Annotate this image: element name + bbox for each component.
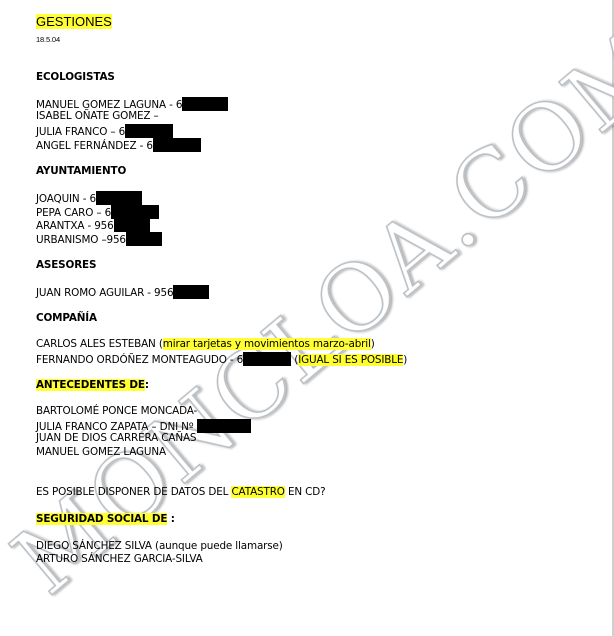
list-item: DIEGO SÁNCHEZ SILVA (aunque puede llamar…	[36, 540, 283, 553]
list-item: FERNANDO ORDÓÑEZ MONTEAGUDO - 6 (IGUAL S…	[36, 352, 407, 367]
list-item: MANUEL GOMEZ LAGUNA	[36, 446, 166, 459]
list-item: JUAN DE DIOS CARRERA CAÑAS	[36, 432, 196, 445]
section-heading-antecedentes: ANTECEDENTES DE:	[36, 379, 149, 392]
redaction-box	[114, 218, 150, 232]
document-title: GESTIONES	[36, 14, 112, 29]
list-item: ARTURO SÁNCHEZ GARCIA-SILVA	[36, 553, 203, 566]
list-item: JOAQUIN - 6	[36, 191, 142, 206]
redaction-box	[125, 124, 173, 138]
section-heading-asesores: ASESORES	[36, 259, 96, 272]
redaction-box	[182, 97, 228, 111]
document-date: 18.5.04	[36, 35, 60, 44]
list-item: BARTOLOMÉ PONCE MONCADA-	[36, 405, 197, 418]
document-page: MONCLOA.COM GESTIONES 18.5.04 ECOLOGISTA…	[0, 0, 614, 636]
list-item: ANGEL FERNÁNDEZ - 6	[36, 138, 201, 153]
highlighted-note: mirar tarjetas y movimientos marzo-abril	[163, 338, 371, 350]
redaction-box	[153, 138, 201, 152]
section-heading-seguridad-social: SEGURIDAD SOCIAL DE :	[36, 513, 175, 526]
list-item: URBANISMO –956	[36, 232, 162, 247]
list-item: JUAN ROMO AGUILAR - 956	[36, 285, 209, 300]
list-item: CARLOS ALES ESTEBAN (mirar tarjetas y mo…	[36, 338, 375, 351]
redaction-box	[96, 191, 142, 205]
section-heading-ayuntamiento: AYUNTAMIENTO	[36, 165, 126, 178]
list-item: JULIA FRANCO – 6	[36, 124, 173, 139]
section-heading-compania: COMPAÑÍA	[36, 312, 97, 325]
redaction-box	[197, 419, 251, 433]
redaction-box	[173, 285, 209, 299]
redaction-box	[111, 205, 159, 219]
list-item: ISABEL OÑATE GOMEZ –	[36, 110, 159, 123]
redaction-box	[126, 232, 162, 246]
highlighted-note: IGUAL SI ES POSIBLE	[298, 354, 403, 366]
list-item: ARANTXA - 956	[36, 218, 150, 233]
catastro-question: ES POSIBLE DISPONER DE DATOS DEL CATASTR…	[36, 486, 325, 499]
section-heading-ecologistas: ECOLOGISTAS	[36, 71, 115, 84]
redaction-box	[243, 352, 291, 366]
